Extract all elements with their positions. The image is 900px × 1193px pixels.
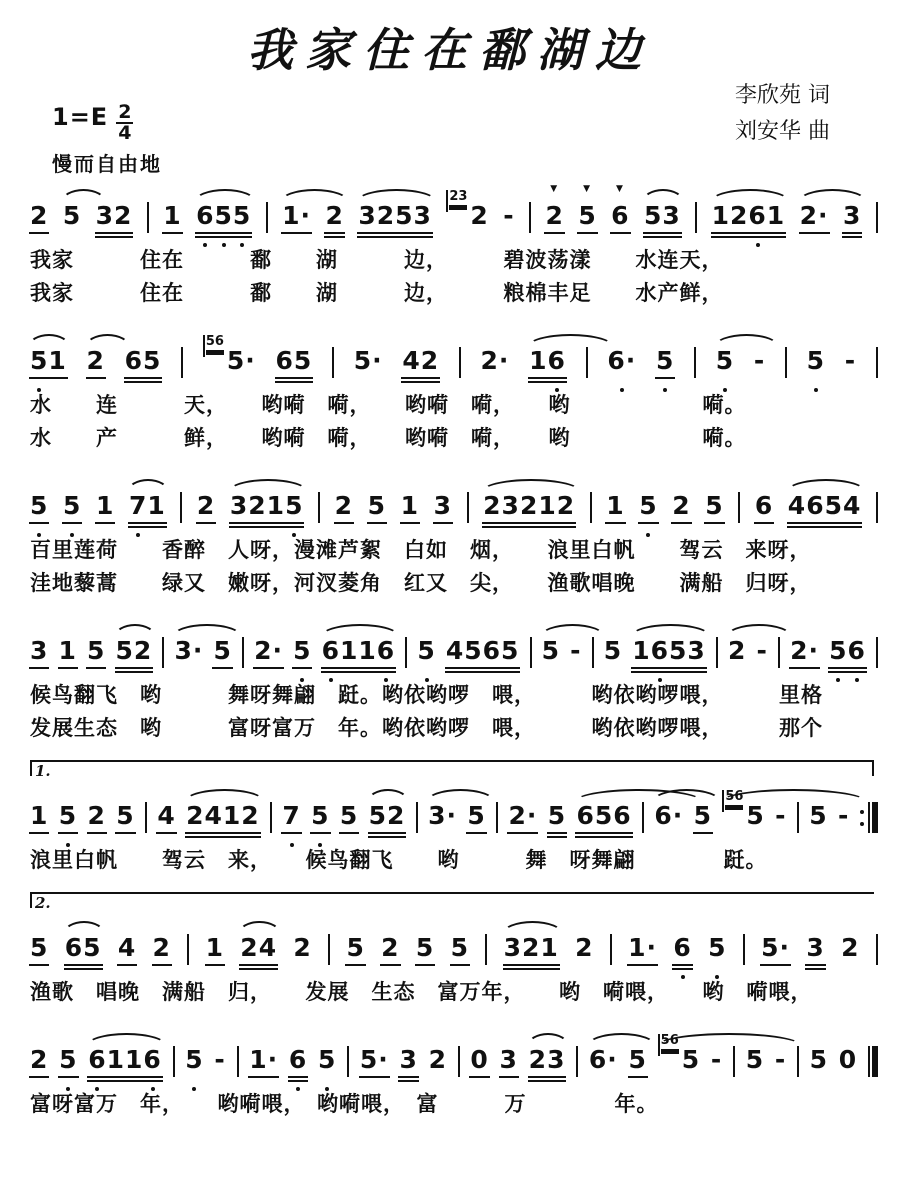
final-barline bbox=[868, 1046, 878, 1077]
note-body: 3 bbox=[500, 1046, 518, 1088]
beam-lines bbox=[152, 964, 172, 968]
glyph bbox=[88, 1087, 106, 1091]
beam-lines bbox=[547, 832, 567, 840]
note-body: 5 bbox=[213, 637, 231, 679]
note-digits: 3· bbox=[428, 801, 457, 830]
beam-lines bbox=[248, 1076, 279, 1080]
score-system: 51265565·655·422·166·55-5-水 连 天， 哟嗬 嗬， 哟… bbox=[30, 323, 878, 455]
note: 56 bbox=[829, 637, 866, 679]
glyph bbox=[503, 968, 560, 970]
note-digits: - bbox=[711, 1045, 722, 1074]
note-body: 52 bbox=[116, 637, 153, 679]
glyph bbox=[377, 678, 395, 682]
glyph bbox=[528, 377, 567, 379]
note: 5 bbox=[368, 492, 386, 534]
note-body: 3· bbox=[428, 802, 457, 844]
beam-lines bbox=[433, 522, 453, 526]
barline bbox=[778, 637, 780, 668]
accent-mark-icon: ▼ bbox=[550, 185, 557, 194]
beam-lines bbox=[29, 667, 49, 671]
beam-lines bbox=[605, 522, 625, 526]
barline bbox=[270, 802, 272, 833]
glyph bbox=[368, 836, 407, 838]
note-body: 0 bbox=[839, 1046, 857, 1088]
glyph bbox=[30, 388, 48, 392]
note-body: 65 bbox=[125, 347, 162, 389]
note-digits: 65 bbox=[276, 346, 313, 375]
glyph bbox=[787, 522, 863, 524]
glyph bbox=[185, 1087, 203, 1091]
note-stack: 5 bbox=[340, 802, 358, 844]
glyph bbox=[322, 678, 340, 682]
notation-systems: 253216551·23253232-▼2▼5▼65312612·3我家 住在 … bbox=[30, 178, 878, 1134]
beam-lines bbox=[229, 522, 305, 530]
note: 0 bbox=[839, 1046, 857, 1088]
beam-lines bbox=[671, 522, 691, 526]
glyph bbox=[482, 522, 576, 524]
note-digits: 5 bbox=[59, 1045, 77, 1074]
note: 2 bbox=[381, 934, 399, 976]
note: 7 bbox=[282, 802, 300, 844]
beam-lines bbox=[627, 964, 658, 968]
beam-lines bbox=[704, 522, 724, 526]
barline bbox=[695, 202, 697, 233]
glyph bbox=[507, 832, 538, 834]
note-stack: 2 bbox=[197, 492, 215, 534]
note-stack: 1 bbox=[401, 492, 419, 534]
note-stack: 1· bbox=[282, 202, 311, 244]
glyph bbox=[86, 377, 106, 379]
barline bbox=[180, 492, 182, 523]
beam-lines bbox=[528, 377, 567, 385]
beam-lines bbox=[64, 964, 103, 972]
note-digits: 5 bbox=[59, 801, 77, 830]
barline bbox=[347, 1046, 349, 1077]
octave-dots bbox=[529, 388, 566, 392]
glyph bbox=[799, 232, 830, 234]
note: 6 bbox=[289, 1046, 307, 1088]
glyph bbox=[107, 1087, 125, 1091]
note-body: 3 bbox=[399, 1046, 417, 1088]
note: 5 bbox=[63, 202, 81, 244]
note-stack: 655 bbox=[196, 202, 251, 244]
lyric-line: 浪里白帆 驾云 来， 候鸟翻飞 哟 舞 呀舞翩 跹。 bbox=[30, 844, 878, 877]
note-digits: 16 bbox=[529, 346, 566, 375]
beam-lines bbox=[828, 667, 867, 675]
note-digits: 4 bbox=[118, 933, 136, 962]
note-digits: 2· bbox=[254, 636, 283, 665]
note: ▼5 bbox=[578, 202, 596, 244]
grace-notes: 56 bbox=[722, 790, 743, 812]
grace-stem bbox=[446, 190, 448, 212]
glyph bbox=[281, 832, 301, 834]
glyph bbox=[627, 964, 658, 966]
glyph bbox=[128, 522, 167, 524]
glyph bbox=[64, 968, 103, 970]
beam-lines bbox=[805, 964, 825, 972]
note-stack: 2· bbox=[481, 347, 510, 389]
glyph bbox=[229, 526, 305, 528]
glyph bbox=[847, 678, 865, 682]
note-body: 3 bbox=[843, 202, 861, 244]
glyph bbox=[318, 1087, 336, 1091]
note: 1653 bbox=[632, 637, 706, 679]
note-body: 5 bbox=[604, 637, 622, 679]
beam-lines bbox=[367, 522, 387, 526]
sheet-music-page: 我家住在鄱湖边 李欣苑 词 刘安华 曲 1=E 2 4 慢而自由地 253216… bbox=[0, 0, 900, 1193]
glyph bbox=[212, 667, 232, 669]
note-stack: 5 bbox=[807, 347, 825, 389]
note-body: 5 bbox=[705, 492, 723, 534]
note-digits: 5 bbox=[346, 933, 364, 962]
note-body: 2 bbox=[293, 934, 311, 976]
beam-lines bbox=[212, 667, 232, 671]
note-digits: 5 bbox=[416, 933, 434, 962]
glyph bbox=[64, 964, 103, 966]
note: 1 bbox=[401, 492, 419, 534]
beam-lines bbox=[87, 1076, 163, 1084]
glyph bbox=[450, 964, 470, 966]
note-body: 2 bbox=[88, 802, 106, 844]
note-body: 5 bbox=[708, 934, 726, 976]
note-digits: 5 bbox=[542, 636, 560, 665]
note-stack: 3215 bbox=[230, 492, 304, 534]
beam-lines bbox=[292, 667, 312, 671]
notation-row: 152542412755523·52·56566·5565-5- bbox=[30, 778, 878, 844]
glyph bbox=[233, 243, 251, 247]
glyph bbox=[321, 671, 397, 673]
beam-lines bbox=[29, 522, 49, 526]
glyph bbox=[575, 832, 632, 834]
beam-lines bbox=[321, 667, 397, 675]
note-digits: 1 bbox=[606, 491, 624, 520]
barline bbox=[405, 637, 407, 668]
beam-lines bbox=[62, 522, 82, 526]
note-body: 7 bbox=[282, 802, 300, 844]
low-octave-dot bbox=[329, 678, 333, 682]
glyph bbox=[805, 968, 825, 970]
note: 2· bbox=[508, 802, 537, 844]
score-system: 1.152542412755523·52·56566·5565-5-浪里白帆 驾… bbox=[30, 758, 878, 877]
lyric-line: 水 产 鲜， 哟嗬 嗬， 哟嗬 嗬， 哟 嗬。 bbox=[30, 422, 878, 455]
barline bbox=[743, 934, 745, 965]
note-body: 1 bbox=[59, 637, 77, 679]
low-octave-dot bbox=[814, 388, 818, 392]
note-stack: 7 bbox=[282, 802, 300, 844]
beam-lines bbox=[628, 1076, 648, 1080]
lyric-line: 洼地藜蒿 绿又 嫩呀，河汊菱角 红又 尖， 渔歌唱晚 满船 归呀， bbox=[30, 567, 878, 600]
notation-row: 565421242525532121·655·32 bbox=[30, 910, 878, 976]
grace-digits: 56 bbox=[725, 790, 743, 805]
note-body: 42 bbox=[402, 347, 439, 389]
note-digits: 1· bbox=[628, 933, 657, 962]
beam-lines bbox=[450, 964, 470, 968]
note-body: 3 bbox=[434, 492, 452, 534]
lyricist-credit: 李欣苑 词 bbox=[735, 78, 830, 114]
note: 1261 bbox=[712, 202, 786, 244]
note-digits: 6 bbox=[755, 491, 773, 520]
grace-digits: 56 bbox=[206, 335, 224, 350]
beam-lines bbox=[693, 832, 713, 836]
note-stack: 5 bbox=[416, 934, 434, 976]
barline bbox=[716, 637, 718, 668]
beam-lines bbox=[482, 522, 576, 530]
note-digits: 2· bbox=[508, 801, 537, 830]
note-stack: 32 bbox=[96, 202, 133, 244]
note: 6116 bbox=[88, 1046, 162, 1088]
note-digits: 321 bbox=[504, 933, 559, 962]
beam-lines bbox=[507, 832, 538, 836]
glyph bbox=[86, 667, 106, 669]
glyph bbox=[643, 232, 682, 234]
beam-lines bbox=[115, 667, 154, 675]
note-body: 5 bbox=[30, 492, 48, 534]
note-digits: 24 bbox=[240, 933, 277, 962]
note-body: 2412 bbox=[186, 802, 260, 844]
glyph bbox=[711, 236, 787, 238]
note: 5 bbox=[542, 637, 560, 679]
note: 1 bbox=[206, 934, 224, 976]
glyph bbox=[29, 232, 49, 234]
note-body: - bbox=[775, 802, 786, 844]
note-digits: 5 bbox=[417, 636, 435, 665]
note-body: 2 bbox=[153, 934, 171, 976]
note-body: 5 bbox=[417, 637, 435, 679]
glyph bbox=[129, 533, 147, 537]
note-stack: 4 bbox=[118, 934, 136, 976]
note-body: 16 bbox=[529, 347, 566, 389]
meter-denominator: 4 bbox=[116, 124, 133, 143]
note-digits: 5 bbox=[705, 491, 723, 520]
note: 6· bbox=[654, 802, 683, 844]
note: 2 bbox=[429, 1046, 447, 1088]
note-stack: 5 bbox=[59, 1046, 77, 1088]
note-stack: 65 bbox=[276, 347, 313, 389]
lyric-line: 我家 住在 鄱 湖 边， 粮棉丰足 水产鲜， bbox=[30, 277, 878, 310]
note-stack: 3 bbox=[30, 637, 48, 679]
note-body: 2 bbox=[197, 492, 215, 534]
note: 2 bbox=[293, 934, 311, 976]
octave-dots bbox=[293, 678, 311, 682]
octave-dots bbox=[607, 388, 636, 392]
note: 5 bbox=[59, 1046, 77, 1088]
low-octave-dot bbox=[66, 843, 70, 847]
note-digits: 2 bbox=[575, 933, 593, 962]
note: 5 bbox=[293, 637, 311, 679]
note-stack: 52 bbox=[116, 637, 153, 679]
beam-lines bbox=[754, 522, 774, 526]
note-digits: 0 bbox=[839, 1045, 857, 1074]
note-body: 6· bbox=[607, 347, 636, 389]
note-stack: 51 bbox=[30, 347, 67, 389]
note: 2 bbox=[325, 202, 343, 244]
note-digits: 3 bbox=[806, 933, 824, 962]
note-body: 3 bbox=[30, 637, 48, 679]
glyph bbox=[754, 522, 774, 524]
glyph bbox=[87, 832, 107, 834]
note-body: 32 bbox=[96, 202, 133, 244]
glyph bbox=[359, 1076, 390, 1078]
glyph bbox=[672, 964, 692, 966]
beam-lines bbox=[58, 832, 78, 836]
glyph bbox=[29, 832, 49, 834]
grace-digits: 23 bbox=[449, 190, 467, 205]
note-digits: 5 bbox=[293, 636, 311, 665]
glyph bbox=[289, 1087, 307, 1091]
glyph bbox=[367, 522, 387, 524]
note-stack: 5 bbox=[346, 934, 364, 976]
beam-lines bbox=[610, 232, 630, 236]
note-body: 5 bbox=[639, 492, 657, 534]
note-stack: - bbox=[775, 802, 786, 844]
note-digits: 5 bbox=[87, 636, 105, 665]
low-octave-dot bbox=[136, 533, 140, 537]
glyph bbox=[29, 1076, 49, 1078]
glyph bbox=[229, 522, 305, 524]
volta-label: 2. bbox=[35, 894, 51, 912]
note-digits: 2· bbox=[481, 346, 510, 375]
note-digits: 53 bbox=[644, 201, 681, 230]
note-digits: 4 bbox=[157, 801, 175, 830]
note-body: 1 bbox=[206, 934, 224, 976]
note-digits: - bbox=[845, 346, 856, 375]
low-octave-dot bbox=[663, 388, 667, 392]
note-body: 5 bbox=[59, 802, 77, 844]
beam-lines bbox=[253, 667, 284, 671]
low-octave-dot bbox=[384, 678, 388, 682]
note: 65 bbox=[276, 347, 313, 389]
note-body: 3· bbox=[174, 637, 203, 679]
note-stack: 5 bbox=[368, 492, 386, 534]
glyph bbox=[275, 381, 314, 383]
glyph bbox=[417, 678, 435, 682]
note: - bbox=[757, 637, 768, 679]
note: 5 bbox=[30, 934, 48, 976]
note-stack: 5 bbox=[467, 802, 485, 844]
note: 3· bbox=[428, 802, 457, 844]
note-stack: 5 bbox=[604, 637, 622, 679]
low-octave-dot bbox=[715, 975, 719, 979]
note-digits: 3 bbox=[399, 1045, 417, 1074]
glyph bbox=[58, 1076, 78, 1078]
note-stack: 2 bbox=[153, 934, 171, 976]
note-digits: 4565 bbox=[446, 636, 520, 665]
beam-lines bbox=[842, 232, 862, 240]
lyric-line: 水 连 天， 哟嗬 嗬， 哟嗬 嗬， 哟 嗬。 bbox=[30, 389, 878, 422]
note-digits: - bbox=[570, 636, 581, 665]
note-digits: 5 bbox=[810, 1045, 828, 1074]
glyph bbox=[324, 236, 344, 238]
low-octave-dot bbox=[240, 243, 244, 247]
note-stack: 3· bbox=[174, 637, 203, 679]
lyric-line: 渔歌 唱晚 满船 归， 发展 生态 富万年， 哟 嗬喂， 哟 嗬喂， bbox=[30, 976, 878, 1009]
glyph bbox=[345, 964, 365, 966]
octave-dots bbox=[63, 533, 81, 537]
note-body: 5 bbox=[542, 637, 560, 679]
note: 232 bbox=[446, 202, 489, 244]
beam-lines bbox=[117, 964, 137, 968]
glyph bbox=[358, 678, 376, 682]
notation-row: 253216551·23253232-▼2▼5▼65312612·3 bbox=[30, 178, 878, 244]
glyph bbox=[828, 671, 867, 673]
glyph bbox=[248, 1076, 279, 1078]
low-octave-dot bbox=[66, 1087, 70, 1091]
glyph bbox=[708, 975, 726, 979]
note: 71 bbox=[129, 492, 166, 534]
glyph bbox=[152, 964, 172, 966]
glyph bbox=[87, 1080, 163, 1082]
glyph bbox=[195, 236, 252, 238]
glyph bbox=[730, 243, 748, 247]
note: 5 bbox=[451, 934, 469, 976]
beam-lines bbox=[310, 832, 330, 836]
note-body: 1 bbox=[401, 492, 419, 534]
note-body: 2 bbox=[429, 1046, 447, 1088]
note-digits: 3 bbox=[843, 201, 861, 230]
note-body: 2 bbox=[841, 934, 859, 976]
glyph bbox=[716, 388, 734, 392]
note-stack: 56 bbox=[829, 637, 866, 679]
note: 3 bbox=[30, 637, 48, 679]
note-body: 6116 bbox=[322, 637, 396, 679]
beam-lines bbox=[29, 964, 49, 968]
note-body: 2 bbox=[87, 347, 105, 389]
note-body: 5· bbox=[360, 1046, 389, 1088]
note-digits: 5· bbox=[360, 1045, 389, 1074]
note-stack: 5 bbox=[716, 347, 734, 389]
note: 6· bbox=[607, 347, 636, 389]
note-digits: 32 bbox=[96, 201, 133, 230]
note-body: 2 bbox=[30, 202, 48, 244]
note: 5· bbox=[354, 347, 383, 389]
note: 5 bbox=[59, 802, 77, 844]
beam-lines bbox=[334, 522, 354, 526]
note: 5 bbox=[810, 1046, 828, 1088]
note-digits: 5 bbox=[318, 1045, 336, 1074]
note-stack: 5 bbox=[185, 1046, 203, 1088]
beam-lines bbox=[162, 232, 182, 236]
beam-lines bbox=[86, 377, 106, 381]
note-digits: 2 bbox=[197, 491, 215, 520]
note-stack: 5 bbox=[705, 492, 723, 534]
repeat-end-barline bbox=[860, 802, 878, 833]
note-body: 52 bbox=[369, 802, 406, 844]
note: 23 bbox=[529, 1046, 566, 1088]
note-digits: 3215 bbox=[230, 491, 304, 520]
beam-lines bbox=[398, 1076, 418, 1084]
note-body: 2· bbox=[508, 802, 537, 844]
note-stack: 5 bbox=[87, 637, 105, 679]
glyph bbox=[125, 1087, 143, 1091]
note: 5 bbox=[311, 802, 329, 844]
note-stack: 2 bbox=[470, 202, 488, 244]
glyph bbox=[842, 232, 862, 234]
note-body: 71 bbox=[129, 492, 166, 534]
key-signature: 1=E bbox=[52, 103, 108, 131]
note-stack: 5· bbox=[761, 934, 790, 976]
note-stack: 2 bbox=[335, 492, 353, 534]
octave-dots bbox=[30, 533, 48, 537]
note-body: - bbox=[214, 1046, 225, 1088]
octave-dots bbox=[311, 843, 329, 847]
glyph bbox=[282, 843, 300, 847]
note-body: 2 bbox=[30, 1046, 48, 1088]
glyph bbox=[868, 1046, 870, 1077]
note-stack: 1 bbox=[163, 202, 181, 244]
note: 565· bbox=[203, 347, 256, 389]
octave-dots bbox=[59, 843, 77, 847]
note-digits: 2 bbox=[30, 201, 48, 230]
